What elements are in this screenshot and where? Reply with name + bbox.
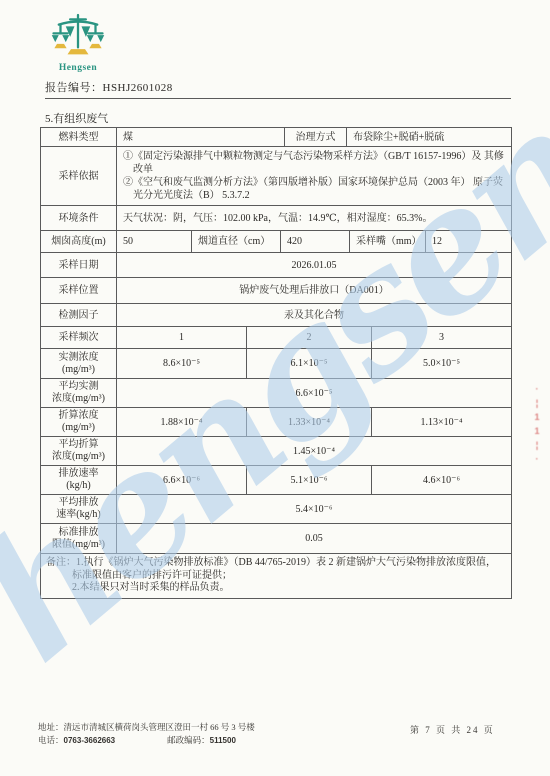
environment-label: 环境条件 — [41, 206, 116, 230]
fuel-type-label: 燃料类型 — [41, 128, 116, 146]
converted-concentration-label: 折算浓度 (mg/m³) — [41, 408, 116, 436]
emission-rate-label: 排放速率 (kg/h) — [41, 466, 116, 494]
standard-limit-label: 标准排放 限值(mg/m³) — [41, 524, 116, 553]
company-logo: Hengsen — [46, 12, 110, 73]
label-unit: 限值(mg/m³) — [52, 539, 105, 551]
postcode-number: 511500 — [210, 736, 236, 745]
basis-item-2: ②《空气和废气监测分析方法》（第四版增补版）国家环境保护总局（2003 年） 原… — [123, 176, 505, 202]
nozzle-label: 采样嘴（mm） — [349, 231, 425, 252]
avg-rate-label: 平均排放 速率(kg/h) — [41, 495, 116, 523]
converted-2: 1.33×10⁻⁴ — [246, 408, 371, 436]
label-unit: (mg/m³) — [62, 422, 95, 434]
avg-measured-value: 6.6×10⁻⁵ — [116, 379, 511, 407]
phone-label: 电话： — [38, 735, 64, 745]
label-line: 实测浓度 — [59, 352, 99, 364]
stack-height-label: 烟囱高度(m) — [41, 231, 116, 252]
label-unit: 浓度(mg/m³) — [52, 393, 105, 405]
frequency-3: 3 — [371, 327, 511, 348]
label-line: 平均折算 — [59, 439, 99, 451]
avg-converted-value: 1.45×10⁻⁴ — [116, 437, 511, 465]
detection-factor-label: 检测因子 — [41, 304, 116, 326]
label-unit: (kg/h) — [66, 480, 90, 492]
label-line: 平均实测 — [59, 381, 99, 393]
table-row: 排放速率 (kg/h) 6.6×10⁻⁶ 5.1×10⁻⁶ 4.6×10⁻⁶ — [41, 465, 511, 494]
table-row: 燃料类型 煤 治理方式 布袋除尘+脱硝+脱硫 — [41, 128, 511, 146]
table-row: 标准排放 限值(mg/m³) 0.05 — [41, 523, 511, 553]
table-row: 采样频次 1 2 3 — [41, 326, 511, 348]
frequency-2: 2 — [246, 327, 371, 348]
table-row: 采样依据 ①《固定污染源排气中颗粒物测定与气态污染物采样方法》（GB/T 161… — [41, 146, 511, 205]
sampling-date-label: 采样日期 — [41, 253, 116, 277]
table-row: 实测浓度 (mg/m³) 8.6×10⁻⁵ 6.1×10⁻⁵ 5.0×10⁻⁵ — [41, 348, 511, 378]
section-title: 5.有组织废气 — [45, 110, 108, 126]
detection-factor-value: 汞及其化合物 — [116, 304, 511, 326]
table-row: 采样位置 锅炉废气处理后排放口（DA001） — [41, 277, 511, 303]
sampling-basis-value: ①《固定污染源排气中颗粒物测定与气态污染物采样方法》（GB/T 16157-19… — [116, 147, 511, 205]
page-indicator: 第 7 页 共 24 页 — [410, 723, 495, 736]
postcode-label: 邮政编码： — [167, 735, 210, 745]
stack-height-value: 50 — [116, 231, 191, 252]
rate-2: 5.1×10⁻⁶ — [246, 466, 371, 494]
duct-diameter-label: 烟道直径（cm） — [191, 231, 280, 252]
converted-1: 1.88×10⁻⁴ — [116, 408, 246, 436]
frequency-label: 采样频次 — [41, 327, 116, 348]
table-row: 平均实测 浓度(mg/m³) 6.6×10⁻⁵ — [41, 378, 511, 407]
measured-1: 8.6×10⁻⁵ — [116, 349, 246, 378]
converted-3: 1.13×10⁻⁴ — [371, 408, 511, 436]
footer-contact-line: 电话：0763-3662663邮政编码：511500 — [38, 734, 236, 746]
label-line: 标准排放 — [59, 527, 99, 539]
avg-rate-value: 5.4×10⁻⁶ — [116, 495, 511, 523]
measured-concentration-label: 实测浓度 (mg/m³) — [41, 349, 116, 378]
label-line: 平均排放 — [59, 497, 99, 509]
label-unit: (mg/m³) — [62, 364, 95, 376]
footer-address: 地址：清远市清城区横荷岗头管理区澄田一村 66 号 3 号楼 — [38, 721, 255, 733]
report-number-value: HSHJ2601028 — [103, 82, 173, 94]
measured-2: 6.1×10⁻⁵ — [246, 349, 371, 378]
sampling-date-value: 2026.01.05 — [116, 253, 511, 277]
avg-measured-label: 平均实测 浓度(mg/m³) — [41, 379, 116, 407]
organized-waste-gas-table: 燃料类型 煤 治理方式 布袋除尘+脱硝+脱硫 采样依据 ①《固定污染源排气中颗粒… — [40, 127, 512, 599]
report-page: hengsen ·¦11¦· — [0, 0, 550, 776]
rate-1: 6.6×10⁻⁶ — [116, 466, 246, 494]
note-line-2: 标准限值由客户的排污许可证提供； — [72, 570, 506, 583]
logo-wordmark: Hengsen — [46, 63, 110, 73]
note-line-1: 备注：1.执行《锅炉大气污染物排放标准》（DB 44/765-2019）表 2 … — [46, 557, 506, 570]
sampling-position-value: 锅炉废气处理后排放口（DA001） — [116, 278, 511, 303]
table-row: 平均排放 速率(kg/h) 5.4×10⁻⁶ — [41, 494, 511, 523]
label-line: 排放速率 — [59, 468, 99, 480]
standard-limit-value: 0.05 — [116, 524, 511, 553]
fuel-type-value: 煤 — [116, 128, 284, 146]
table-row: 折算浓度 (mg/m³) 1.88×10⁻⁴ 1.33×10⁻⁴ 1.13×10… — [41, 407, 511, 436]
notes-cell: 备注：1.执行《锅炉大气污染物排放标准》（DB 44/765-2019）表 2 … — [41, 554, 511, 598]
measured-3: 5.0×10⁻⁵ — [371, 349, 511, 378]
sampling-basis-label: 采样依据 — [41, 147, 116, 205]
table-row: 环境条件 天气状况：阴，气压：102.00 kPa，气温：14.9℃，相对湿度：… — [41, 205, 511, 230]
avg-converted-label: 平均折算 浓度(mg/m³) — [41, 437, 116, 465]
frequency-1: 1 — [116, 327, 246, 348]
label-unit: 速率(kg/h) — [56, 509, 100, 521]
environment-value: 天气状况：阴，气压：102.00 kPa，气温：14.9℃，相对湿度：65.3%… — [116, 206, 511, 230]
note-line-3: 2.本结果只对当时采集的样品负责。 — [72, 582, 506, 595]
label-unit: 浓度(mg/m³) — [52, 451, 105, 463]
sampling-position-label: 采样位置 — [41, 278, 116, 303]
scales-logo-icon — [50, 12, 106, 60]
rate-3: 4.6×10⁻⁶ — [371, 466, 511, 494]
table-row: 平均折算 浓度(mg/m³) 1.45×10⁻⁴ — [41, 436, 511, 465]
basis-item-1: ①《固定污染源排气中颗粒物测定与气态污染物采样方法》（GB/T 16157-19… — [123, 150, 505, 176]
duct-diameter-value: 420 — [280, 231, 349, 252]
report-number-line: 报告编号：HSHJ2601028 — [45, 79, 511, 99]
label-line: 折算浓度 — [59, 410, 99, 422]
table-row: 采样日期 2026.01.05 — [41, 252, 511, 277]
table-row: 备注：1.执行《锅炉大气污染物排放标准》（DB 44/765-2019）表 2 … — [41, 553, 511, 598]
treatment-label: 治理方式 — [284, 128, 346, 146]
table-row: 检测因子 汞及其化合物 — [41, 303, 511, 326]
phone-number: 0763-3662663 — [64, 736, 116, 745]
report-number-label: 报告编号： — [45, 82, 103, 94]
nozzle-value: 12 — [425, 231, 511, 252]
red-bleed-marks: ·¦11¦· — [532, 384, 542, 524]
table-row: 烟囱高度(m) 50 烟道直径（cm） 420 采样嘴（mm） 12 — [41, 230, 511, 252]
treatment-value: 布袋除尘+脱硝+脱硫 — [346, 128, 511, 146]
